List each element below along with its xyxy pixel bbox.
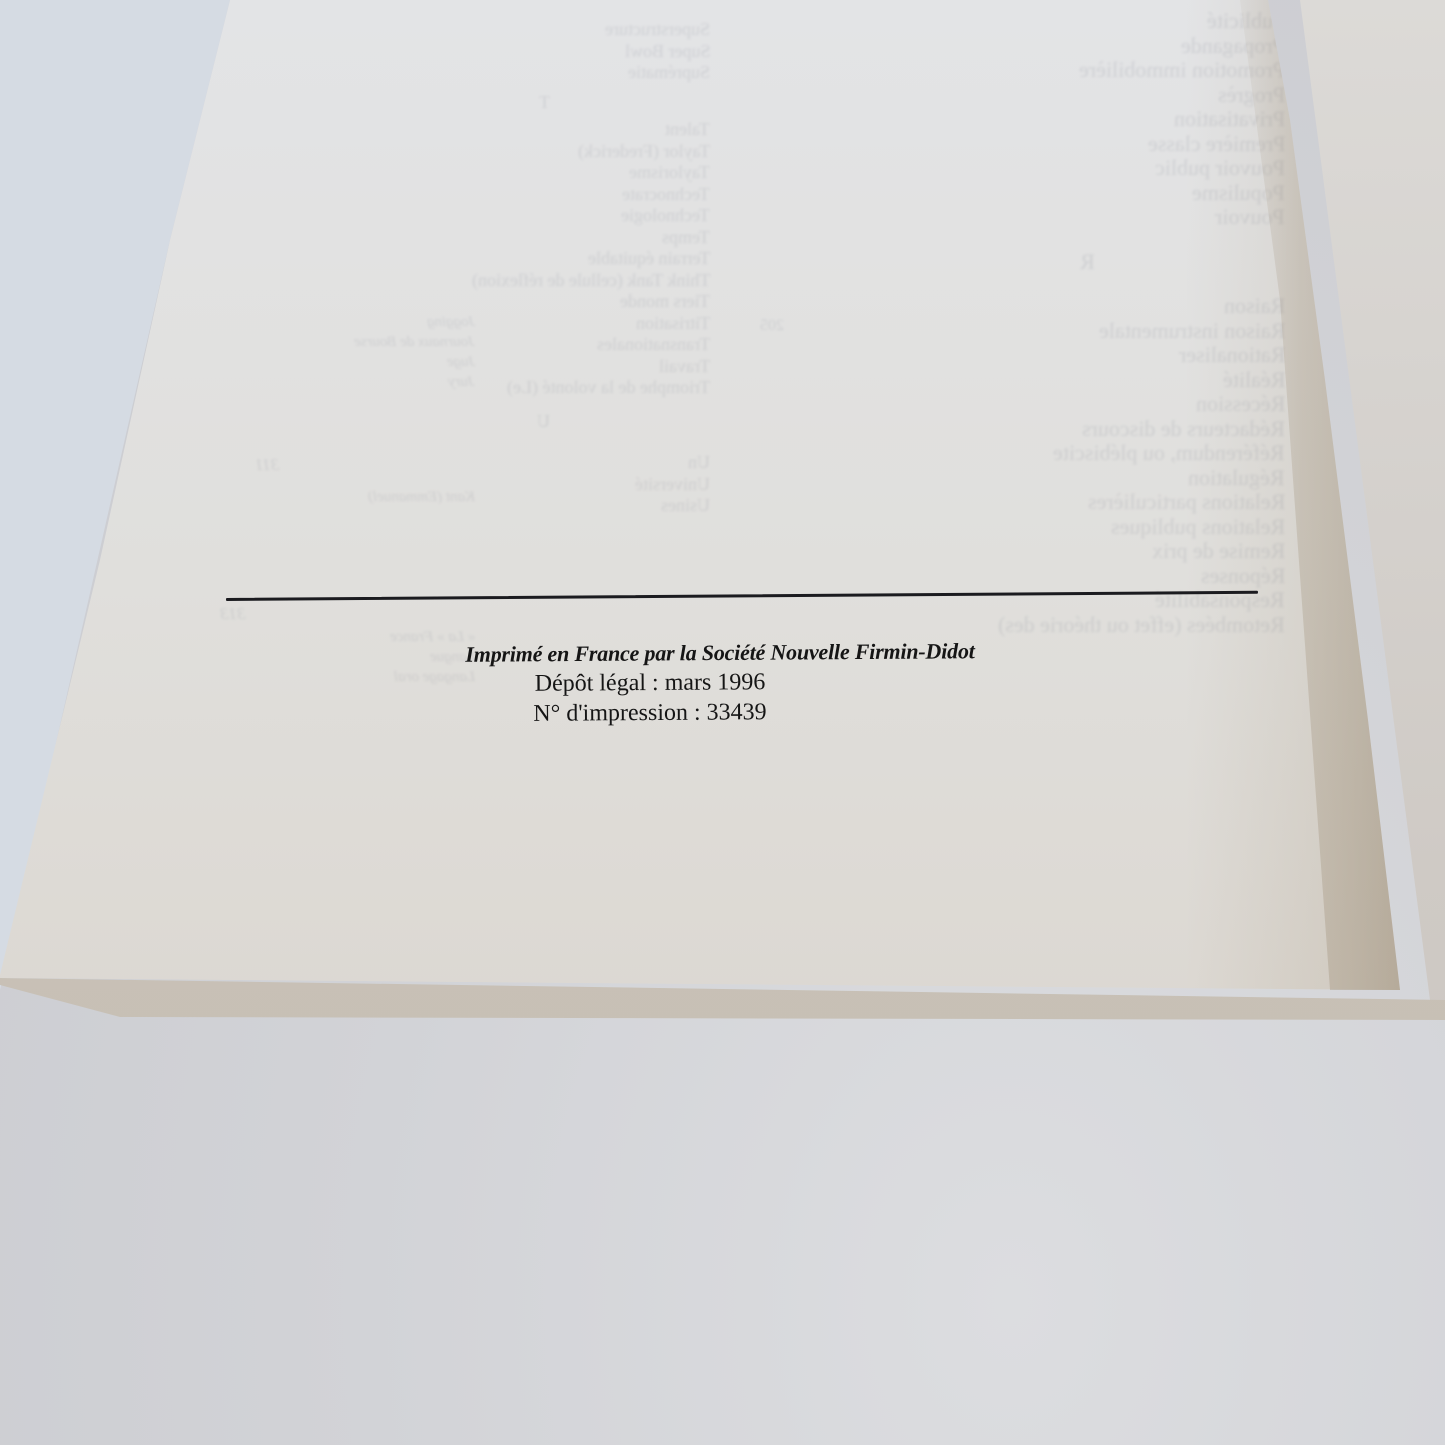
show-through-line: Relations publiques bbox=[1111, 516, 1285, 540]
impression-number: N° d'impression : 33439 bbox=[160, 695, 1140, 732]
show-through-line: Superstructure bbox=[605, 20, 710, 41]
show-through-line: Terrain équitable bbox=[588, 249, 710, 270]
show-through-line: Pouvoir bbox=[1215, 206, 1285, 230]
show-through-line: Réalité bbox=[1223, 369, 1285, 393]
colophon: Imprimé en France par la Société Nouvell… bbox=[300, 638, 1140, 728]
show-through-line: Super Bowl bbox=[625, 42, 711, 63]
show-through-line: Taylor (Frederick) bbox=[578, 142, 710, 163]
separator-rule bbox=[226, 591, 1258, 601]
show-through-line: Talent bbox=[665, 120, 710, 141]
show-through-line: Jogging bbox=[427, 315, 475, 335]
show-through-line: Référendum, ou plébiscite bbox=[1053, 442, 1285, 466]
show-through-line: Réponses bbox=[1201, 565, 1285, 589]
show-through-line: Technocrate bbox=[622, 185, 710, 206]
show-through-line: Transnationales bbox=[597, 335, 710, 356]
show-through-line: Juge bbox=[447, 355, 475, 375]
show-through-line: Retombées (effet ou théorie des) bbox=[998, 614, 1285, 638]
show-through-line: Jury bbox=[448, 375, 475, 395]
show-through-line: Rédacteurs de discours bbox=[1082, 418, 1285, 442]
show-through-line: Régulation bbox=[1188, 467, 1285, 491]
show-through-line: Tiers monde bbox=[620, 292, 710, 313]
show-through-line: Populisme bbox=[1192, 182, 1285, 206]
show-through-line: Raison instrumentale bbox=[1099, 320, 1285, 344]
show-through-line: Usines bbox=[661, 496, 710, 517]
show-through-line: T bbox=[539, 93, 550, 114]
show-through-page-number: 313 bbox=[220, 605, 246, 622]
show-through-line: Progrès bbox=[1218, 84, 1285, 108]
show-through-line: Promotion immobilière bbox=[1079, 59, 1285, 83]
show-through-line: Technologie bbox=[621, 206, 710, 227]
show-through-page-number: 205 bbox=[760, 318, 784, 334]
show-through-line: U bbox=[537, 412, 550, 433]
show-through-line: Triomphe de la volonté (Le) bbox=[507, 378, 710, 399]
show-through-line: Kant (Emmanuel) bbox=[368, 490, 475, 510]
show-through-line: Taylorisme bbox=[629, 163, 710, 184]
show-through-line: Première classe bbox=[1148, 133, 1285, 157]
show-through-line: Think Tank (cellule de réflexion) bbox=[472, 271, 710, 292]
show-through-line: Un bbox=[688, 453, 710, 474]
show-through-line: Récession bbox=[1196, 393, 1285, 417]
show-through-line: R bbox=[1080, 251, 1095, 275]
show-through-line: Temps bbox=[662, 228, 710, 249]
show-through-line: Pouvoir public bbox=[1155, 157, 1285, 181]
show-through-line: Université bbox=[635, 475, 710, 496]
show-through-line: Relations particulières bbox=[1088, 491, 1285, 515]
show-through-line: Raison bbox=[1224, 295, 1285, 319]
show-through-line: Rationaliser bbox=[1179, 344, 1285, 368]
show-through-line: Propagande bbox=[1181, 35, 1285, 59]
show-through-line: Travail bbox=[659, 357, 710, 378]
show-through-line: Suprématie bbox=[628, 63, 710, 84]
show-through-line: Titrisation bbox=[636, 314, 710, 335]
show-through-line: Remise de prix bbox=[1152, 540, 1285, 564]
show-through-page-number: 311 bbox=[255, 456, 279, 473]
show-through-line: Journaux de Bourse bbox=[354, 335, 475, 355]
show-through-line: Privatisation bbox=[1174, 108, 1285, 132]
